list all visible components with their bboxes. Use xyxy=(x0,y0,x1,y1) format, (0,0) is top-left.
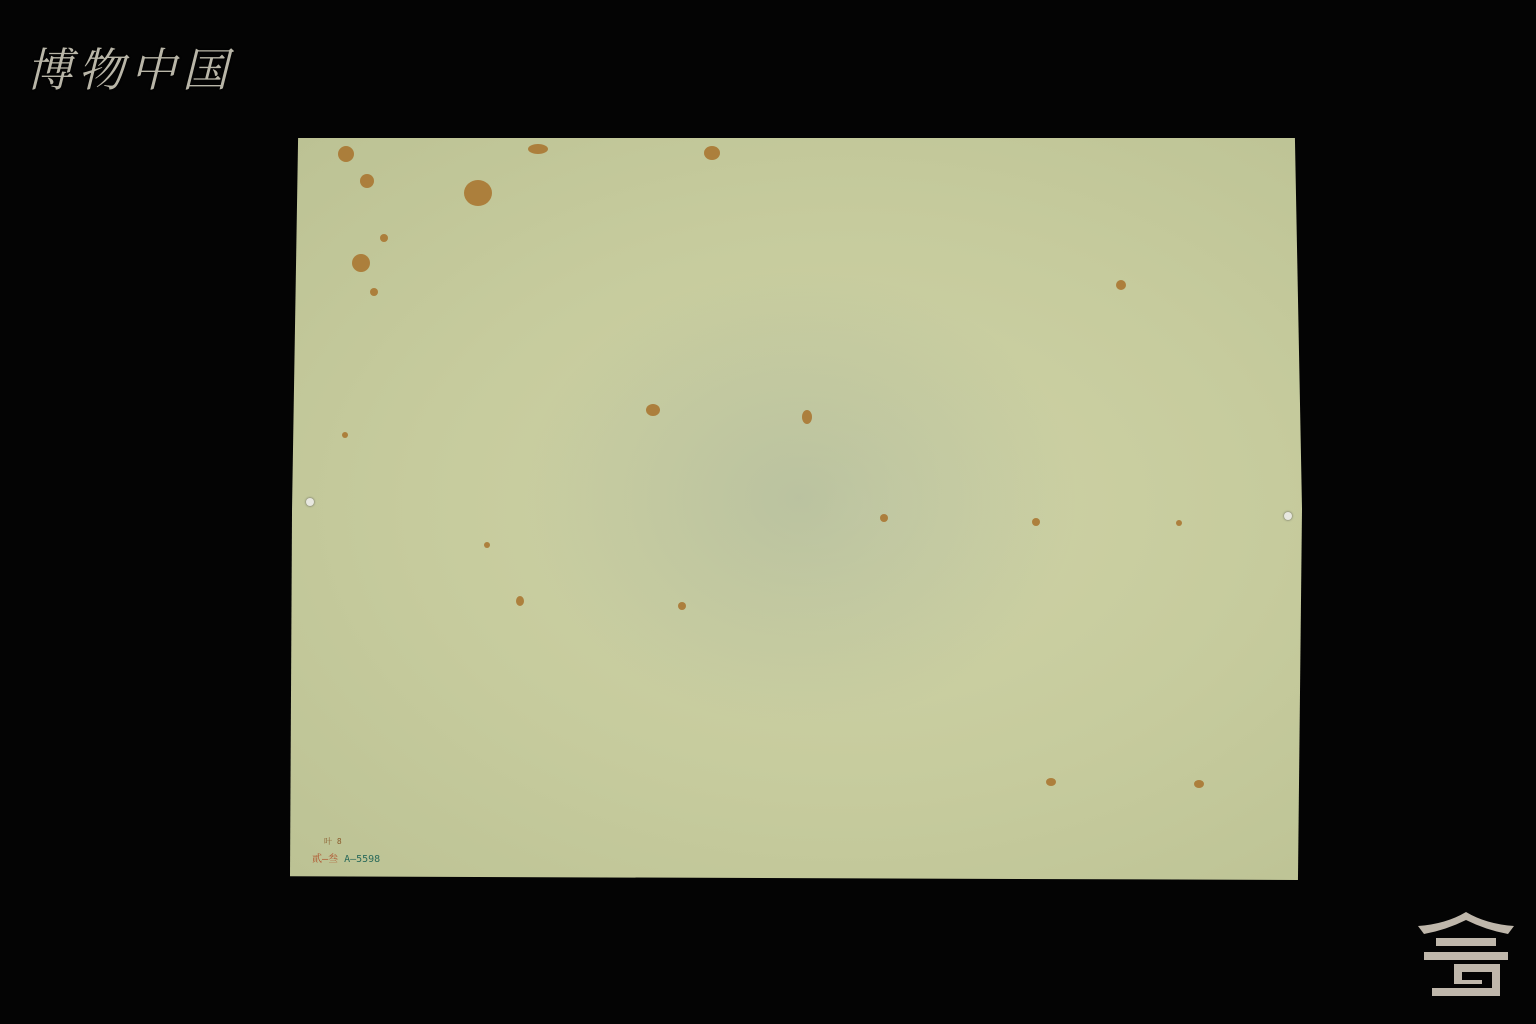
pavilion-logo-icon xyxy=(1416,912,1516,996)
stain xyxy=(342,432,348,438)
stain xyxy=(528,144,548,154)
stain xyxy=(352,254,370,272)
stain xyxy=(1176,520,1182,526)
mount-pin xyxy=(306,498,314,506)
stain xyxy=(1116,280,1126,290)
stain xyxy=(646,404,660,416)
stain xyxy=(1194,780,1204,788)
stain xyxy=(1032,518,1040,526)
stain xyxy=(678,602,686,610)
stain xyxy=(380,234,388,242)
stain xyxy=(704,146,720,160)
show-through-image xyxy=(520,268,1080,728)
artifact-paper: 叶 8 貳—叁 A—5598 xyxy=(290,138,1302,880)
stain xyxy=(802,410,812,424)
stain xyxy=(484,542,490,548)
site-watermark: 博物中国 xyxy=(26,34,234,100)
stain xyxy=(338,146,354,162)
mount-pin xyxy=(1284,512,1292,520)
stain xyxy=(370,288,378,296)
catalog-label: 叶 8 貳—叁 A—5598 xyxy=(312,850,380,865)
stain xyxy=(880,514,888,522)
stain xyxy=(464,180,492,206)
stain xyxy=(360,174,374,188)
stain xyxy=(1046,778,1056,786)
stain xyxy=(516,596,524,606)
